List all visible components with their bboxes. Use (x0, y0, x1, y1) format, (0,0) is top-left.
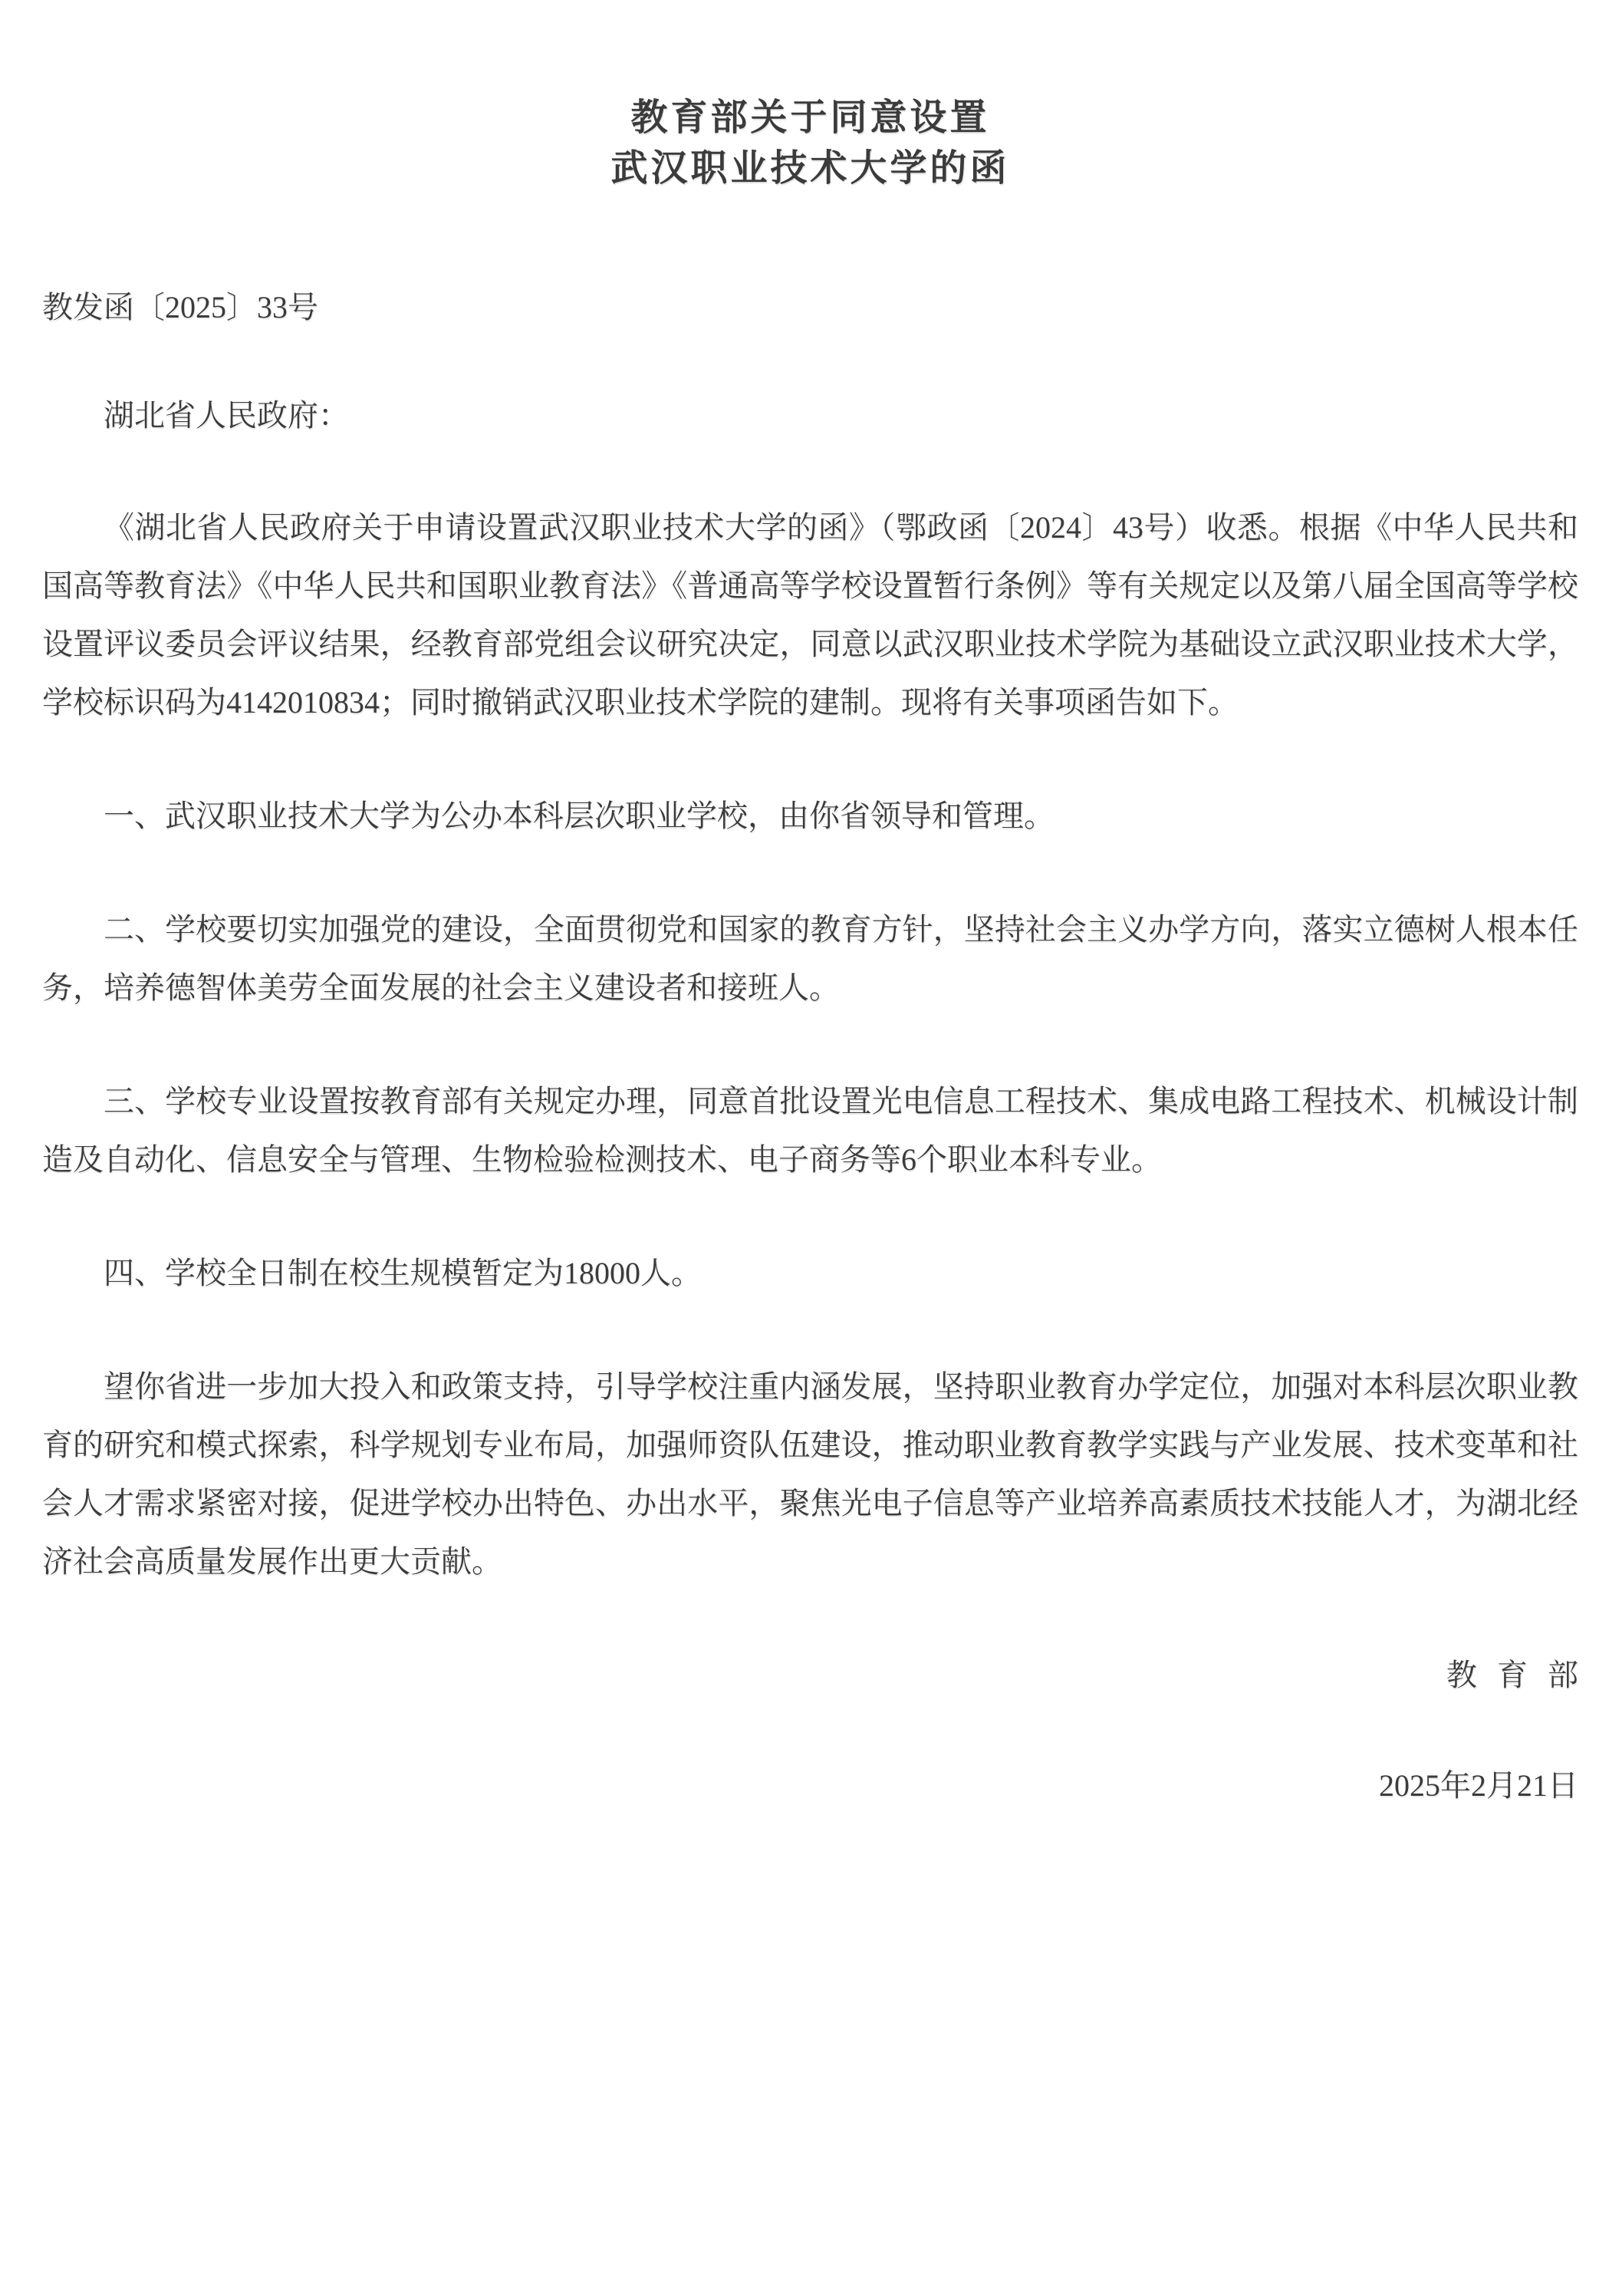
signature-date: 2025年2月21日 (42, 1757, 1578, 1815)
paragraph-intro: 《湖北省人民政府关于申请设置武汉职业技术大学的函》（鄂政函〔2024〕43号）收… (42, 499, 1578, 732)
paragraph-item-1: 一、武汉职业技术大学为公办本科层次职业学校，由你省领导和管理。 (42, 787, 1578, 845)
paragraph-item-2: 二、学校要切实加强党的建设，全面贯彻党和国家的教育方针，坚持社会主义办学方向，落… (42, 901, 1578, 1017)
paragraph-closing: 望你省进一步加大投入和政策支持，引导学校注重内涵发展，坚持职业教育办学定位，加强… (42, 1358, 1578, 1591)
document-title: 教育部关于同意设置 武汉职业技术大学的函 (42, 93, 1578, 194)
document-number: 教发函〔2025〕33号 (42, 278, 1578, 337)
document-title-line-1: 教育部关于同意设置 (42, 93, 1578, 143)
document-title-line-2: 武汉职业技术大学的函 (42, 143, 1578, 194)
signature-issuer: 教 育 部 (42, 1646, 1578, 1705)
paragraph-item-4: 四、学校全日制在校生规模暂定为18000人。 (42, 1244, 1578, 1303)
document-page: 教育部关于同意设置 武汉职业技术大学的函 教发函〔2025〕33号 湖北省人民政… (0, 0, 1622, 2296)
paragraph-item-3: 三、学校专业设置按教育部有关规定办理，同意首批设置光电信息工程技术、集成电路工程… (42, 1072, 1578, 1189)
salutation: 湖北省人民政府： (42, 387, 1578, 445)
